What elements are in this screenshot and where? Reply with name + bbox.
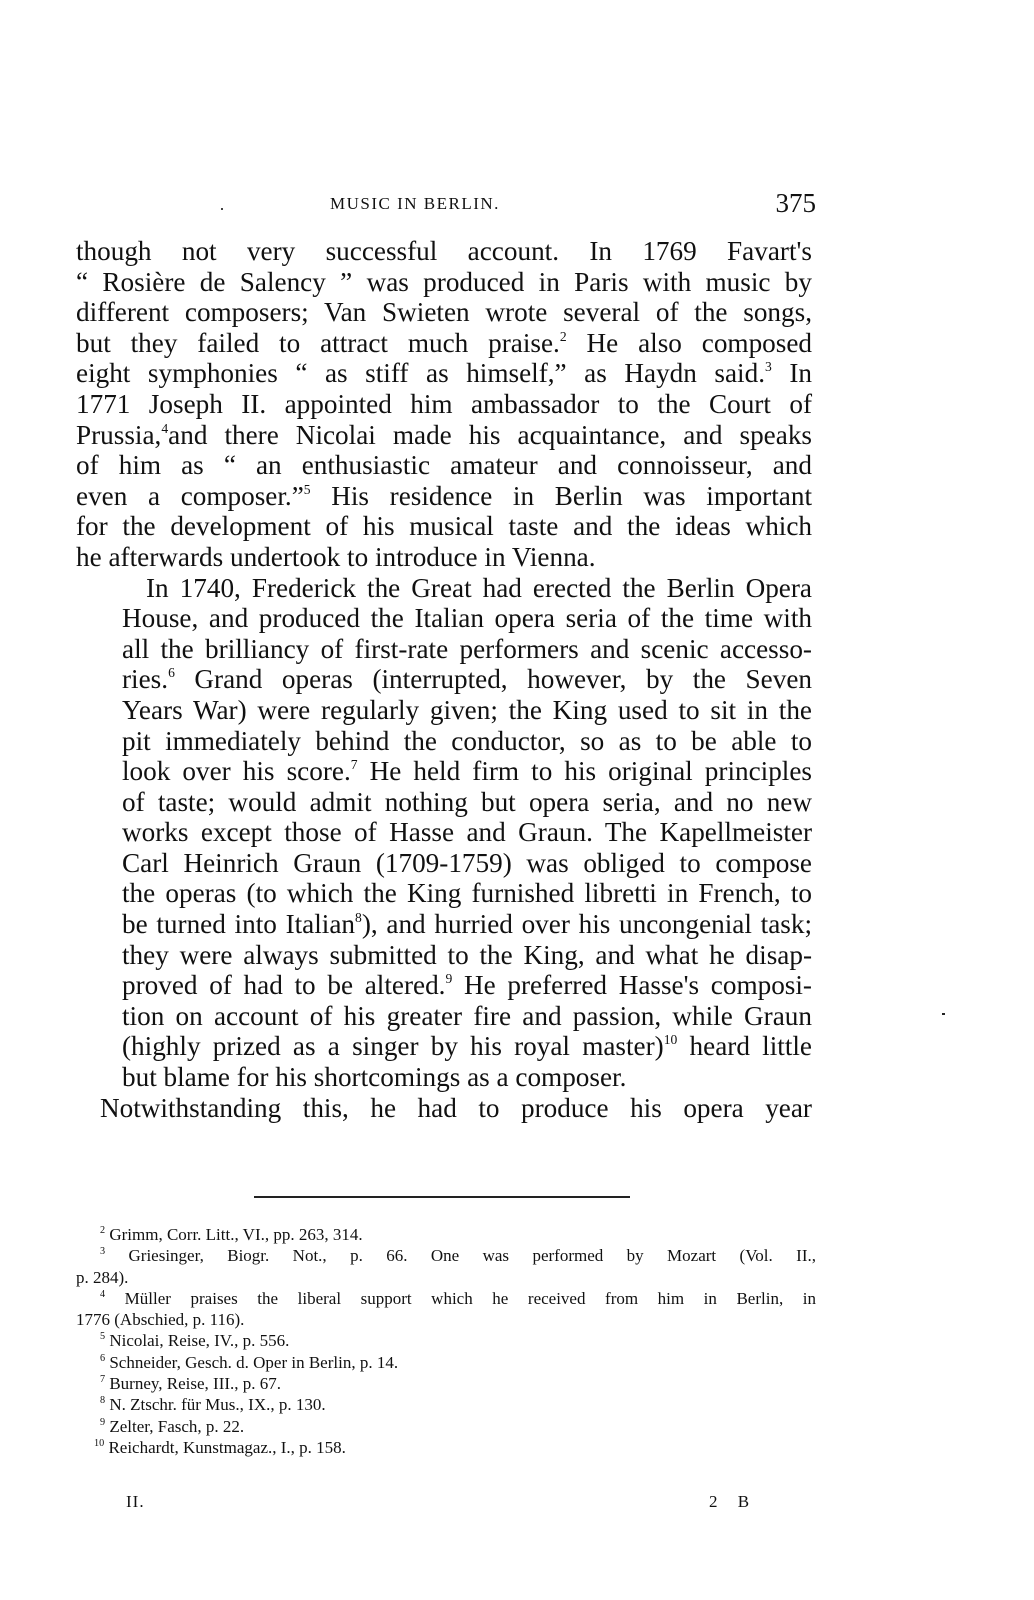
paragraph-2: In 1740, Frederick the Great had erected… (76, 573, 812, 1093)
footnote-10: 10 Reichardt, Kunstmagaz., I., p. 158. (94, 1437, 816, 1458)
text-line: tion on account of his greater fire and … (76, 1001, 812, 1032)
footnote-ref: 8 (355, 910, 362, 925)
text-line: of taste; would admit nothing but opera … (76, 787, 812, 818)
footnote-4: 4 Müller praises the liberal support whi… (100, 1288, 816, 1309)
text-line: works except those of Hasse and Graun. T… (76, 817, 812, 848)
footnote-7: 7 Burney, Reise, III., p. 67. (100, 1373, 816, 1394)
footnote-3-continuation: p. 284). (76, 1267, 816, 1288)
text-line: but blame for his shortcomings as a comp… (76, 1062, 812, 1093)
footnote-ref: 3 (765, 360, 772, 375)
body-text: though not very successful account. In 1… (76, 236, 812, 1123)
page-number: 375 (776, 188, 817, 219)
text-line: pit immediately behind the conductor, so… (76, 726, 812, 757)
scan-speck (221, 208, 223, 210)
footnote-ref: 2 (560, 329, 567, 344)
text-line: proved of had to be altered.9 He preferr… (76, 970, 812, 1001)
footnote-ref: 7 (351, 757, 358, 772)
footnote-divider (254, 1196, 630, 1198)
text-line: Carl Heinrich Graun (1709-1759) was obli… (76, 848, 812, 879)
footnote-2: 2 Grimm, Corr. Litt., VI., pp. 263, 314. (100, 1224, 816, 1245)
text-line: In 1740, Frederick the Great had erected… (76, 573, 812, 604)
footnote-9: 9 Zelter, Fasch, p. 22. (100, 1416, 816, 1437)
text-line: Prussia,4and there Nicolai made his acqu… (76, 420, 812, 451)
text-line: eight symphonies “ as stiff as himself,”… (76, 358, 812, 389)
text-line: different composers; Van Swieten wrote s… (76, 297, 812, 328)
text-line: House, and produced the Italian opera se… (76, 603, 812, 634)
footnote-5: 5 Nicolai, Reise, IV., p. 556. (100, 1330, 816, 1351)
text-line: for the development of his musical taste… (76, 511, 812, 542)
text-line: but they failed to attract much praise.2… (76, 328, 812, 359)
text-line: all the brilliancy of first-rate perform… (76, 634, 812, 665)
text-line: 1771 Joseph II. appointed him ambassador… (76, 389, 812, 420)
footnote-ref: 5 (304, 482, 311, 497)
text-line: ries.6 Grand operas (interrupted, howeve… (76, 664, 812, 695)
text-line: look over his score.7 He held firm to hi… (76, 756, 812, 787)
text-line: Notwithstanding this, he had to produce … (76, 1093, 812, 1124)
footnote-8: 8 N. Ztschr. für Mus., IX., p. 130. (100, 1394, 816, 1415)
scan-speck (942, 1013, 945, 1015)
text-line: even a composer.”5 His residence in Berl… (76, 481, 812, 512)
signature-mark: 2 B (709, 1492, 757, 1512)
text-line: (highly prized as a singer by his royal … (76, 1031, 812, 1062)
footnote-3: 3 Griesinger, Biogr. Not., p. 66. One wa… (100, 1245, 816, 1266)
text-line: the operas (to which the King furnished … (76, 878, 812, 909)
text-line: “ Rosière de Salency ” was produced in P… (76, 267, 812, 298)
footnote-ref: 6 (168, 665, 175, 680)
paragraph-3: Notwithstanding this, he had to produce … (76, 1093, 812, 1124)
footnote-6: 6 Schneider, Gesch. d. Oper in Berlin, p… (100, 1352, 816, 1373)
book-page: MUSIC IN BERLIN. 375 though not very suc… (0, 0, 1034, 1600)
footnotes: 2 Grimm, Corr. Litt., VI., pp. 263, 314.… (100, 1224, 816, 1458)
text-line: of him as “ an enthusiastic amateur and … (76, 450, 812, 481)
footnote-4-continuation: 1776 (Abschied, p. 116). (76, 1309, 816, 1330)
paragraph-1: though not very successful account. In 1… (76, 236, 812, 573)
text-line: he afterwards undertook to introduce in … (76, 542, 812, 573)
text-line: be turned into Italian8), and hurried ov… (76, 909, 812, 940)
text-line: they were always submitted to the King, … (76, 940, 812, 971)
footnote-ref: 10 (664, 1033, 678, 1048)
text-line: though not very successful account. In 1… (76, 236, 812, 267)
text-line: Years War) were regularly given; the Kin… (76, 695, 812, 726)
running-title: MUSIC IN BERLIN. (330, 194, 500, 214)
running-head: MUSIC IN BERLIN. 375 (76, 192, 816, 222)
volume-marker: II. (126, 1492, 145, 1512)
